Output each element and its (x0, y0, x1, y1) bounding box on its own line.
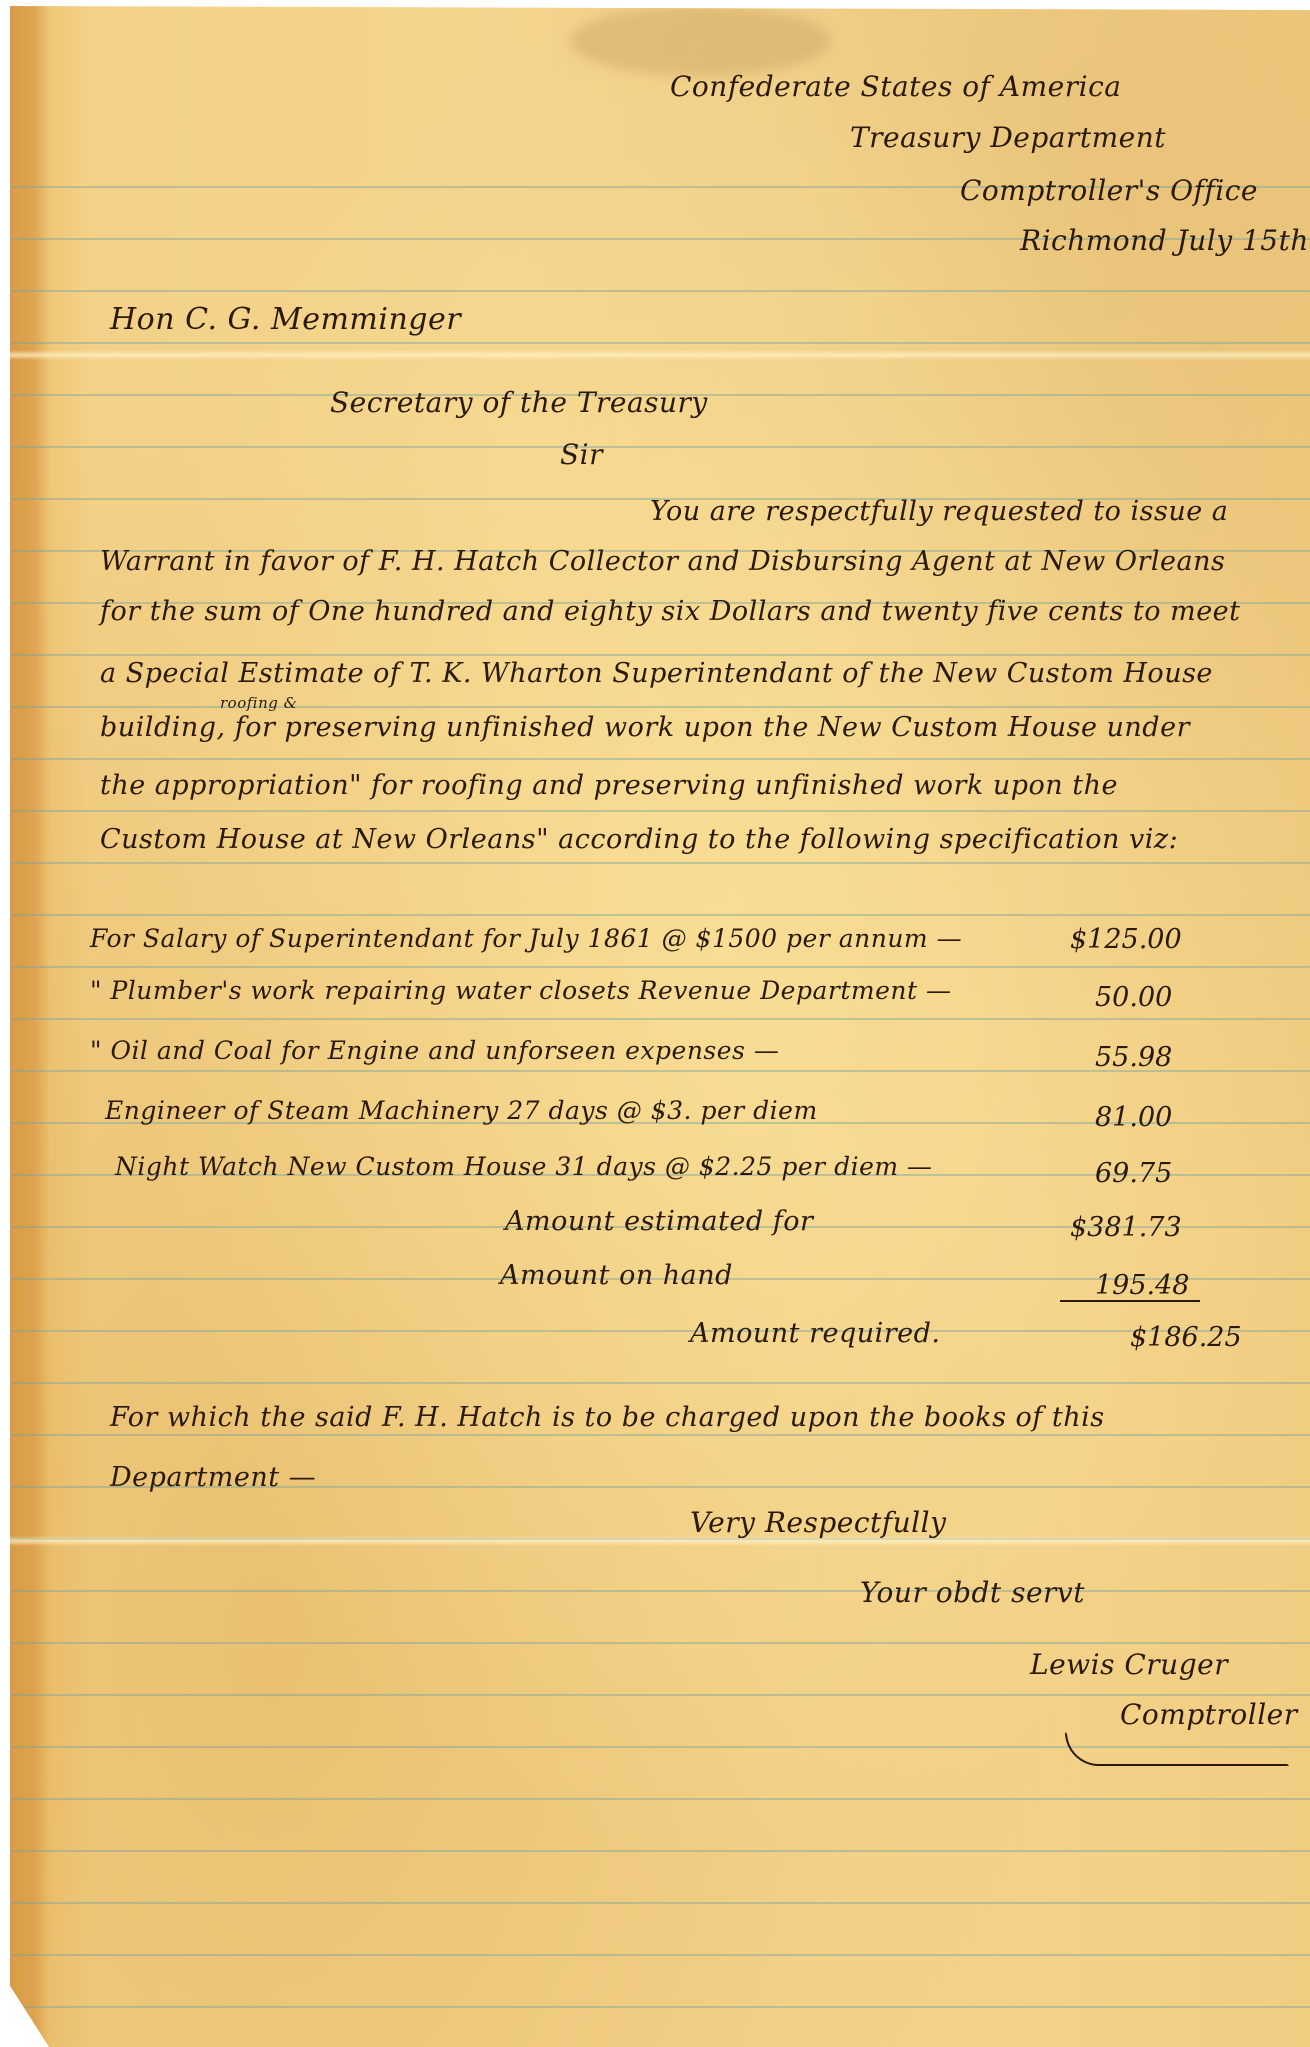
amount-estimated-value: $381.73 (1070, 1212, 1182, 1243)
spec-amount: 69.75 (1095, 1158, 1172, 1189)
body-line-1: You are respectfully requested to issue … (650, 496, 1228, 527)
signature: Lewis Cruger (1030, 1648, 1228, 1681)
body-line-5: building, for preserving unfinished work… (100, 712, 1190, 743)
header-line-office: Comptroller's Office (960, 174, 1258, 207)
spec-amount: $125.00 (1070, 924, 1182, 955)
amount-on-hand-label: Amount on hand (500, 1260, 733, 1291)
body-line-2: Warrant in favor of F. H. Hatch Collecto… (100, 546, 1225, 577)
body-line-3: for the sum of One hundred and eighty si… (100, 596, 1241, 627)
amount-estimated-label: Amount estimated for (505, 1206, 813, 1237)
signer-title: Comptroller (1120, 1698, 1298, 1731)
amount-required-value: $186.25 (1130, 1322, 1242, 1353)
addressee-title: Secretary of the Treasury (330, 386, 708, 419)
closing-line-2: Department — (110, 1462, 316, 1493)
spec-description: Night Watch New Custom House 31 days @ $… (115, 1152, 933, 1181)
body-line-7: Custom House at New Orleans" according t… (100, 824, 1178, 855)
amount-required-label: Amount required. (690, 1318, 941, 1349)
closing-line-1: For which the said F. H. Hatch is to be … (110, 1402, 1105, 1433)
servant-line: Your obdt servt (860, 1576, 1085, 1609)
amount-on-hand-value: 195.48 (1095, 1270, 1189, 1301)
spec-amount: 55.98 (1095, 1042, 1172, 1073)
body-insertion: roofing & (220, 694, 297, 712)
spec-description: " Oil and Coal for Engine and unforseen … (90, 1036, 779, 1065)
body-line-4: a Special Estimate of T. K. Wharton Supe… (100, 658, 1213, 689)
spec-description: " Plumber's work repairing water closets… (90, 976, 951, 1005)
spec-description: For Salary of Superintendant for July 18… (90, 924, 962, 953)
body-line-6: the appropriation" for roofing and prese… (100, 770, 1118, 801)
spec-description: Engineer of Steam Machinery 27 days @ $3… (105, 1096, 818, 1125)
letter-paper: Confederate States of America Treasury D… (10, 6, 1310, 2047)
header-line-confederacy: Confederate States of America (670, 70, 1121, 103)
signature-flourish (1065, 1732, 1289, 1766)
total-rule (1060, 1300, 1200, 1302)
addressee-name: Hon C. G. Memminger (110, 302, 461, 337)
header-line-department: Treasury Department (850, 121, 1166, 154)
dateline: Richmond July 15th /61 (1020, 224, 1310, 257)
spec-amount: 50.00 (1095, 982, 1172, 1013)
salutation: Sir (560, 438, 603, 471)
water-stain (570, 6, 830, 76)
spec-amount: 81.00 (1095, 1102, 1172, 1133)
valediction: Very Respectfully (690, 1506, 946, 1539)
